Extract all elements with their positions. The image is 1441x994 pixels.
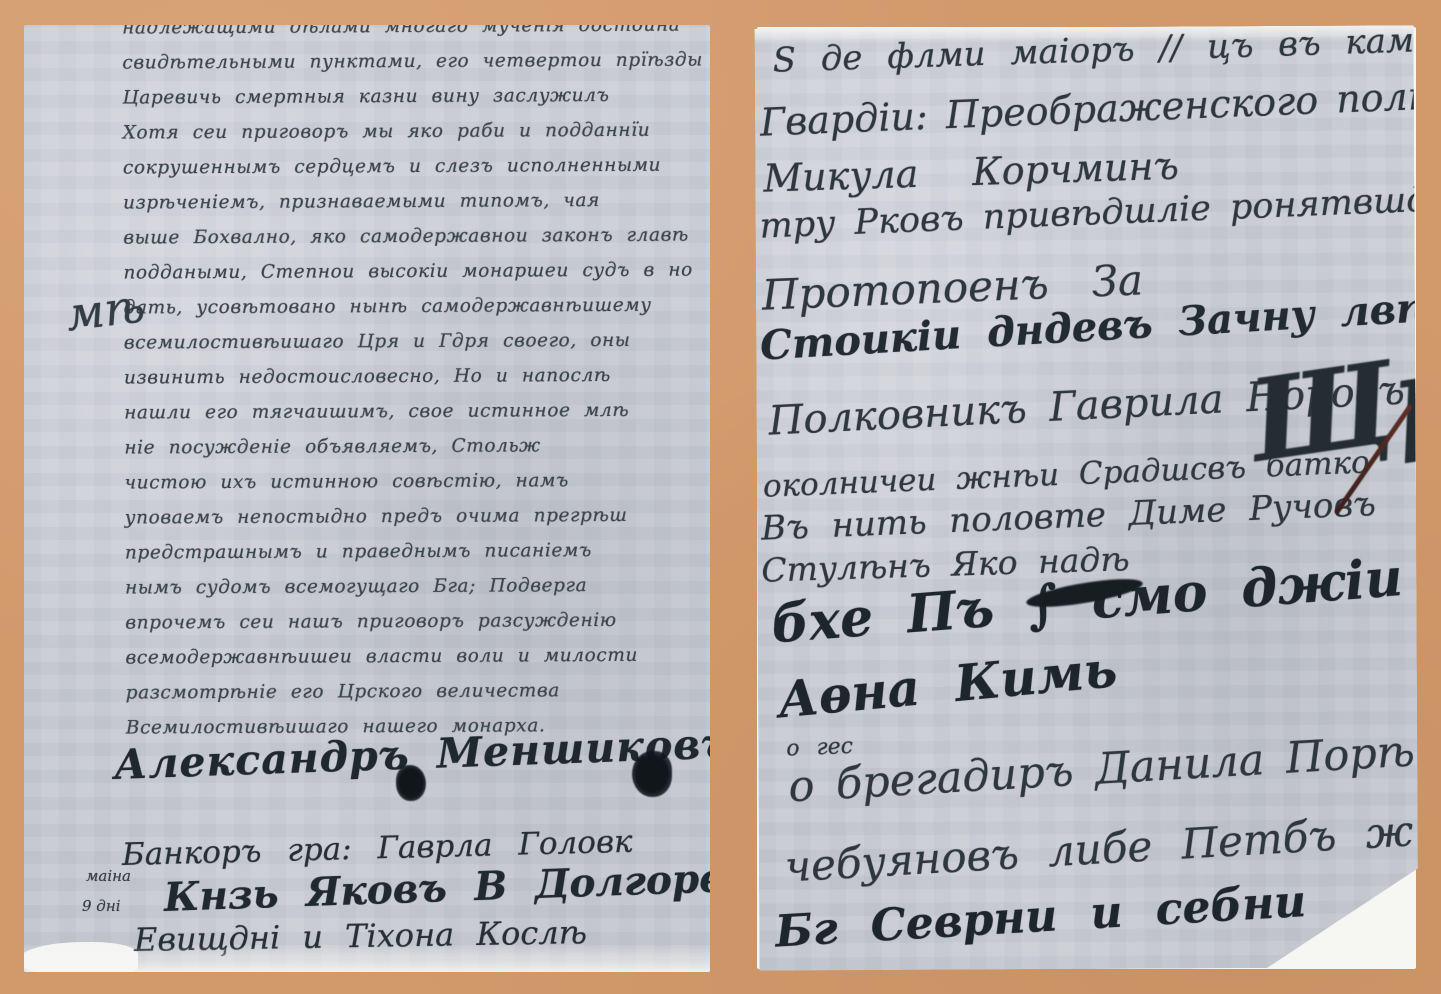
signature-row: Аѳна Кимь <box>775 639 1119 729</box>
text-line: выше Бохвално, яко самодержавнои законъ … <box>123 217 709 255</box>
text-line: всемодержавнѣишеи власти воли и милости <box>125 637 710 675</box>
text-line: свидѣтельными пунктами, его четвертои пр… <box>122 42 708 80</box>
signature-row: Ѕ де флми маіоръ ∕∕ цъ въ кам <box>772 25 1415 80</box>
signature-row: Гвардіи: Преображенского полку маіоръ <box>759 67 1418 145</box>
left-page-text-block: надлежащими дѣлами многаго мученія досто… <box>122 25 710 746</box>
text-line: ніе посужденіе объявляемъ, Стольж <box>124 427 710 465</box>
signature-row: Бг Севрни и себни <box>774 876 1308 958</box>
margin-note: мѣ <box>63 278 148 341</box>
text-line: всемилостивѣишаго Цря и Гдря своего, оны <box>124 322 710 360</box>
text-line: впрочемъ сеи нашъ приговоръ разсужденію <box>125 602 710 640</box>
signature-note: маіна <box>86 867 131 885</box>
text-line: нашли его тягчаишимъ, свое истинное млѣ <box>124 392 710 430</box>
text-line: извинить недостоисловесно, Но и напослѣ <box>124 357 710 395</box>
text-line: поддаными, Степнои высокіи монаршеи судъ… <box>123 252 709 290</box>
text-line: нымъ судомъ всемогущаго Бга; Подверга <box>125 567 710 605</box>
text-line: Царевичь смертныя казни вину заслужилъ <box>122 77 708 115</box>
text-line: дать, усовѣтовано нынѣ самодержавнѣишему <box>124 287 710 325</box>
signature-row: о гес <box>786 734 854 762</box>
left-page: надлежащими дѣлами многаго мученія досто… <box>24 25 710 972</box>
text-line: Хотя сеи приговоръ мы яко раби и подданн… <box>123 112 709 150</box>
text-line: изрѣченіемъ, признаваемыми типомъ, чая <box>123 182 709 220</box>
right-page: Ѕ де флми маіоръ ∕∕ цъ въ кам Гвардіи: П… <box>755 25 1419 970</box>
text-line: разсмотрѣніе его Црского величества <box>126 672 710 710</box>
text-line: сокрушеннымъ сердцемъ и слезъ исполненны… <box>123 147 709 185</box>
signature-row: Евищдні и Тіхона Кослѣ <box>134 913 588 959</box>
text-line: уповаемъ непостыдно предъ очима прегрѣш <box>125 497 710 535</box>
ink-blot <box>632 751 672 797</box>
text-line: предстрашнымъ и праведнымъ писаніемъ <box>125 532 710 570</box>
manuscript-photo: надлежащими дѣлами многаго мученія досто… <box>0 0 1441 994</box>
signature-row: чебуяновъ либе Петбъ ж <box>784 806 1415 891</box>
ink-blot <box>396 765 426 801</box>
signature-row: о брегадиръ Данила Порѣкинъ ж <box>787 716 1418 812</box>
text-line: чистою ихъ истинною совѣстію, намъ <box>124 462 710 500</box>
signature-note: 9 дні <box>82 897 121 915</box>
